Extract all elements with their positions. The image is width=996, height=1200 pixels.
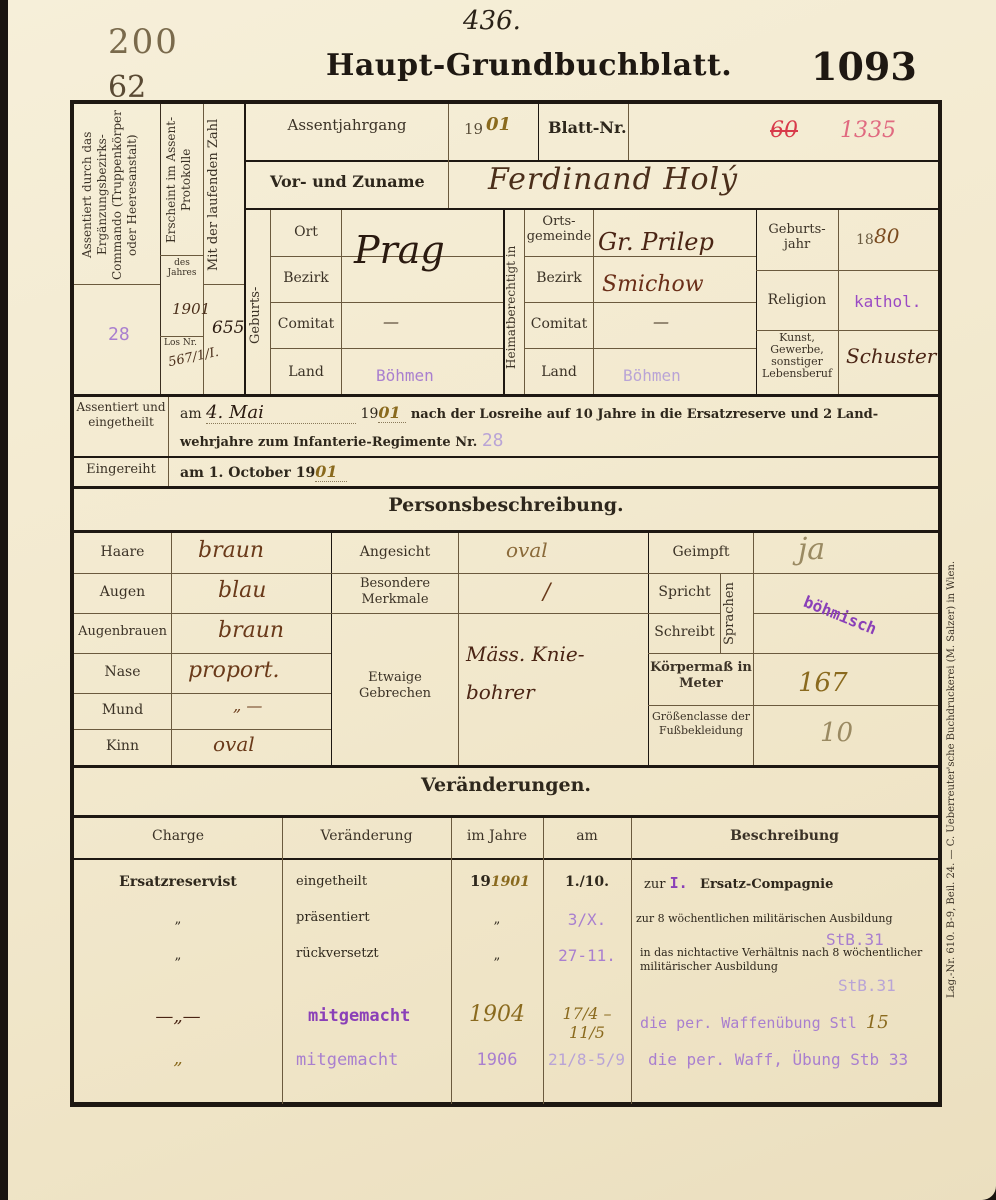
augen-value: blau xyxy=(218,578,266,603)
kinn-label: Kinn xyxy=(74,738,171,754)
row1-veraenderung: eingetheilt xyxy=(296,874,367,889)
name-value: Ferdinand Holý xyxy=(488,162,738,197)
assentiert-line1: am 4. Mai 1901 nach der Losreihe auf 10 … xyxy=(180,402,878,424)
haare-value: braun xyxy=(198,538,264,563)
angesicht-label: Angesicht xyxy=(332,544,458,560)
col-header-jahr: im Jahre xyxy=(451,828,543,844)
row1-jahr: 191901 xyxy=(470,872,530,890)
los-nr-label: Los Nr. xyxy=(164,338,197,348)
assentjahrgang-prefix: 19 xyxy=(464,120,483,138)
col-assentiert-durch-value: 28 xyxy=(108,324,130,345)
besondere-merkmale-label: Besondere Merkmale xyxy=(332,576,458,608)
domicile-comitat-label: Comitat xyxy=(525,316,593,332)
row4-jahr: 1904 xyxy=(451,1002,543,1027)
row3-am: 27-11. xyxy=(543,946,631,965)
assentiert-date: 4. Mai xyxy=(206,402,356,424)
geburts-section-label: Geburts- xyxy=(248,260,268,370)
row5-beschreibung: die per. Waff, Übung Stb 33 xyxy=(648,1050,908,1069)
groessenclasse-value: 10 xyxy=(820,718,853,748)
domicile-comitat-value: — xyxy=(653,312,669,331)
assentiert-year: 01 xyxy=(378,403,406,423)
row3-beschreibung: in das nichtactive Verhältnis nach 8 wöc… xyxy=(640,946,930,974)
sprachen-label: Sprachen xyxy=(722,578,752,650)
row3-veraenderung: rückversetzt xyxy=(296,946,379,961)
col-header-beschreibung: Beschreibung xyxy=(631,828,938,844)
frame-bottom xyxy=(70,1102,942,1107)
domicile-ortsgemeinde-label: Orts-gemeinde xyxy=(525,214,593,244)
row2-am: 3/X. xyxy=(543,910,631,929)
geimpft-label: Geimpft xyxy=(649,544,753,560)
document-page: 200 62 436. Haupt-Grundbuchblatt. 1093 A… xyxy=(8,0,996,1200)
beruf-value: Schuster xyxy=(846,344,936,368)
row5-am: 21/8-5/9 xyxy=(548,1050,625,1069)
blatt-nr-label: Blatt-Nr. xyxy=(548,118,627,137)
eingereiht-year: 01 xyxy=(315,462,347,482)
gebrechen-label: Etwaige Gebrechen xyxy=(332,670,458,702)
assentjahrgang-label: Assentjahrgang xyxy=(248,116,446,134)
veraenderungen-title: Veränderungen. xyxy=(74,774,938,796)
col-header-veraenderung: Veränderung xyxy=(282,828,451,844)
angesicht-value: oval xyxy=(506,538,548,562)
gebrechen-value-line2: bohrer xyxy=(466,680,535,704)
sprachen-stamp-value: böhmisch xyxy=(801,592,880,638)
nase-label: Nase xyxy=(74,664,171,680)
eingereiht-label: Eingereiht xyxy=(74,462,168,477)
row5-charge: „ xyxy=(74,1048,282,1069)
name-label: Vor- und Zuname xyxy=(270,172,425,191)
row4-beschreibung: die per. Waffenübung Stl 15 xyxy=(640,1012,889,1033)
haare-label: Haare xyxy=(74,544,171,560)
row2-beschreibung: zur 8 wöchentlichen militärischen Ausbil… xyxy=(636,912,893,925)
domicile-bezirk-label: Bezirk xyxy=(525,270,593,286)
domicile-land-label: Land xyxy=(525,364,593,380)
religion-value: kathol. xyxy=(854,292,921,311)
col-assentiert-durch-header: Assentiert durch das Ergänzungsbezirks-C… xyxy=(80,110,156,280)
augenbrauen-value: braun xyxy=(218,618,284,643)
koerpermass-value: 167 xyxy=(798,668,848,698)
los-nr-value: 567/1/I. xyxy=(167,345,220,370)
col-header-am: am xyxy=(543,828,631,844)
religion-label: Religion xyxy=(757,292,837,308)
col-header-charge: Charge xyxy=(74,828,282,844)
birth-comitat-label: Comitat xyxy=(271,316,341,332)
mund-label: Mund xyxy=(74,702,171,718)
eingereiht-line: am 1. October 1901 xyxy=(180,462,347,482)
birth-ort-value: Prag xyxy=(354,228,445,272)
frame-top xyxy=(70,100,942,104)
gebrechen-value-line1: Mäss. Knie- xyxy=(466,642,584,666)
col-laufende-zahl-value: 655 xyxy=(212,318,244,338)
groessenclasse-label: Größenclasse der Fußbekleidung xyxy=(649,710,753,738)
mund-value: „ — xyxy=(233,696,262,715)
blatt-nr-struck-value: 60 xyxy=(770,118,798,143)
row1-beschreibung: zur I. Ersatz-Compagnie xyxy=(644,874,833,892)
birth-land-label: Land xyxy=(271,364,341,380)
geburtsjahr-prefix: 18 xyxy=(856,232,874,248)
domicile-ortsgemeinde-value: Gr. Prilep xyxy=(598,228,714,256)
beruf-label: Kunst, Gewerbe, sonstiger Lebensberuf xyxy=(757,332,837,380)
row3-jahr: „ xyxy=(451,948,543,963)
birth-land-value: Böhmen xyxy=(376,366,434,385)
col-laufende-zahl-header: Mit der laufenden Zahl xyxy=(206,110,242,280)
blatt-nr-value: 1335 xyxy=(840,118,896,143)
augenbrauen-label: Augenbrauen xyxy=(74,624,171,639)
nase-value: proport. xyxy=(188,658,280,683)
row4-charge: —„— xyxy=(74,1006,282,1027)
row5-jahr: 1906 xyxy=(451,1050,543,1070)
domicile-land-value: Böhmen xyxy=(623,366,681,385)
row3-stamp: StB.31 xyxy=(838,976,896,995)
heimatberechtigt-section-label: Heimatberechtigt in xyxy=(504,224,524,390)
row2-veraenderung: präsentiert xyxy=(296,910,370,925)
col-erscheint-header: Erscheint im Assent-Protokolle xyxy=(164,110,200,250)
domicile-bezirk-value: Smichow xyxy=(602,272,704,297)
spricht-label: Spricht xyxy=(649,584,720,600)
handwritten-archive-number: 436. xyxy=(463,6,521,36)
geimpft-value: ja xyxy=(798,532,825,567)
birth-bezirk-label: Bezirk xyxy=(271,270,341,286)
augen-label: Augen xyxy=(74,584,171,600)
birth-comitat-value: — xyxy=(383,312,399,331)
row4-veraenderung: mitgemacht xyxy=(308,1006,410,1026)
kinn-value: oval xyxy=(213,732,255,756)
geburtsjahr-label: Geburts-jahr xyxy=(757,222,837,252)
col-erscheint-year: 1901 xyxy=(172,300,210,318)
row2-jahr: „ xyxy=(451,912,543,927)
corner-number-top: 200 xyxy=(108,22,179,62)
page-title: Haupt-Grundbuchblatt. xyxy=(326,48,732,83)
des-jahres-label: des Jahres xyxy=(162,258,202,278)
printer-note: Lag.-Nr. 610. B-9, Beil. 24. — C. Ueberr… xyxy=(946,540,966,1020)
regiment-number: 28 xyxy=(482,430,504,451)
birth-ort-label: Ort xyxy=(271,224,341,240)
assentjahrgang-value: 01 xyxy=(486,114,511,135)
frame-right xyxy=(938,100,942,1106)
sheet-number: 1093 xyxy=(811,44,917,89)
row4-am: 17/4 – 11/5 xyxy=(543,1004,631,1042)
row1-charge: Ersatzreservist xyxy=(74,874,282,890)
assentiert-line2: wehrjahre zum Infanterie-Regimente Nr. 2… xyxy=(180,430,504,451)
koerpermass-label: Körpermaß in Meter xyxy=(649,660,753,692)
schreibt-label: Schreibt xyxy=(649,624,720,640)
row5-veraenderung: mitgemacht xyxy=(296,1050,398,1070)
row2-charge: „ xyxy=(74,912,282,927)
row3-charge: „ xyxy=(74,948,282,963)
row1-am: 1./10. xyxy=(543,874,631,890)
besondere-merkmale-value: / xyxy=(543,580,550,605)
personsbeschreibung-title: Personsbeschreibung. xyxy=(74,494,938,516)
assentiert-label: Assentiert und eingetheilt xyxy=(74,400,168,430)
geburtsjahr-value: 80 xyxy=(874,224,899,248)
